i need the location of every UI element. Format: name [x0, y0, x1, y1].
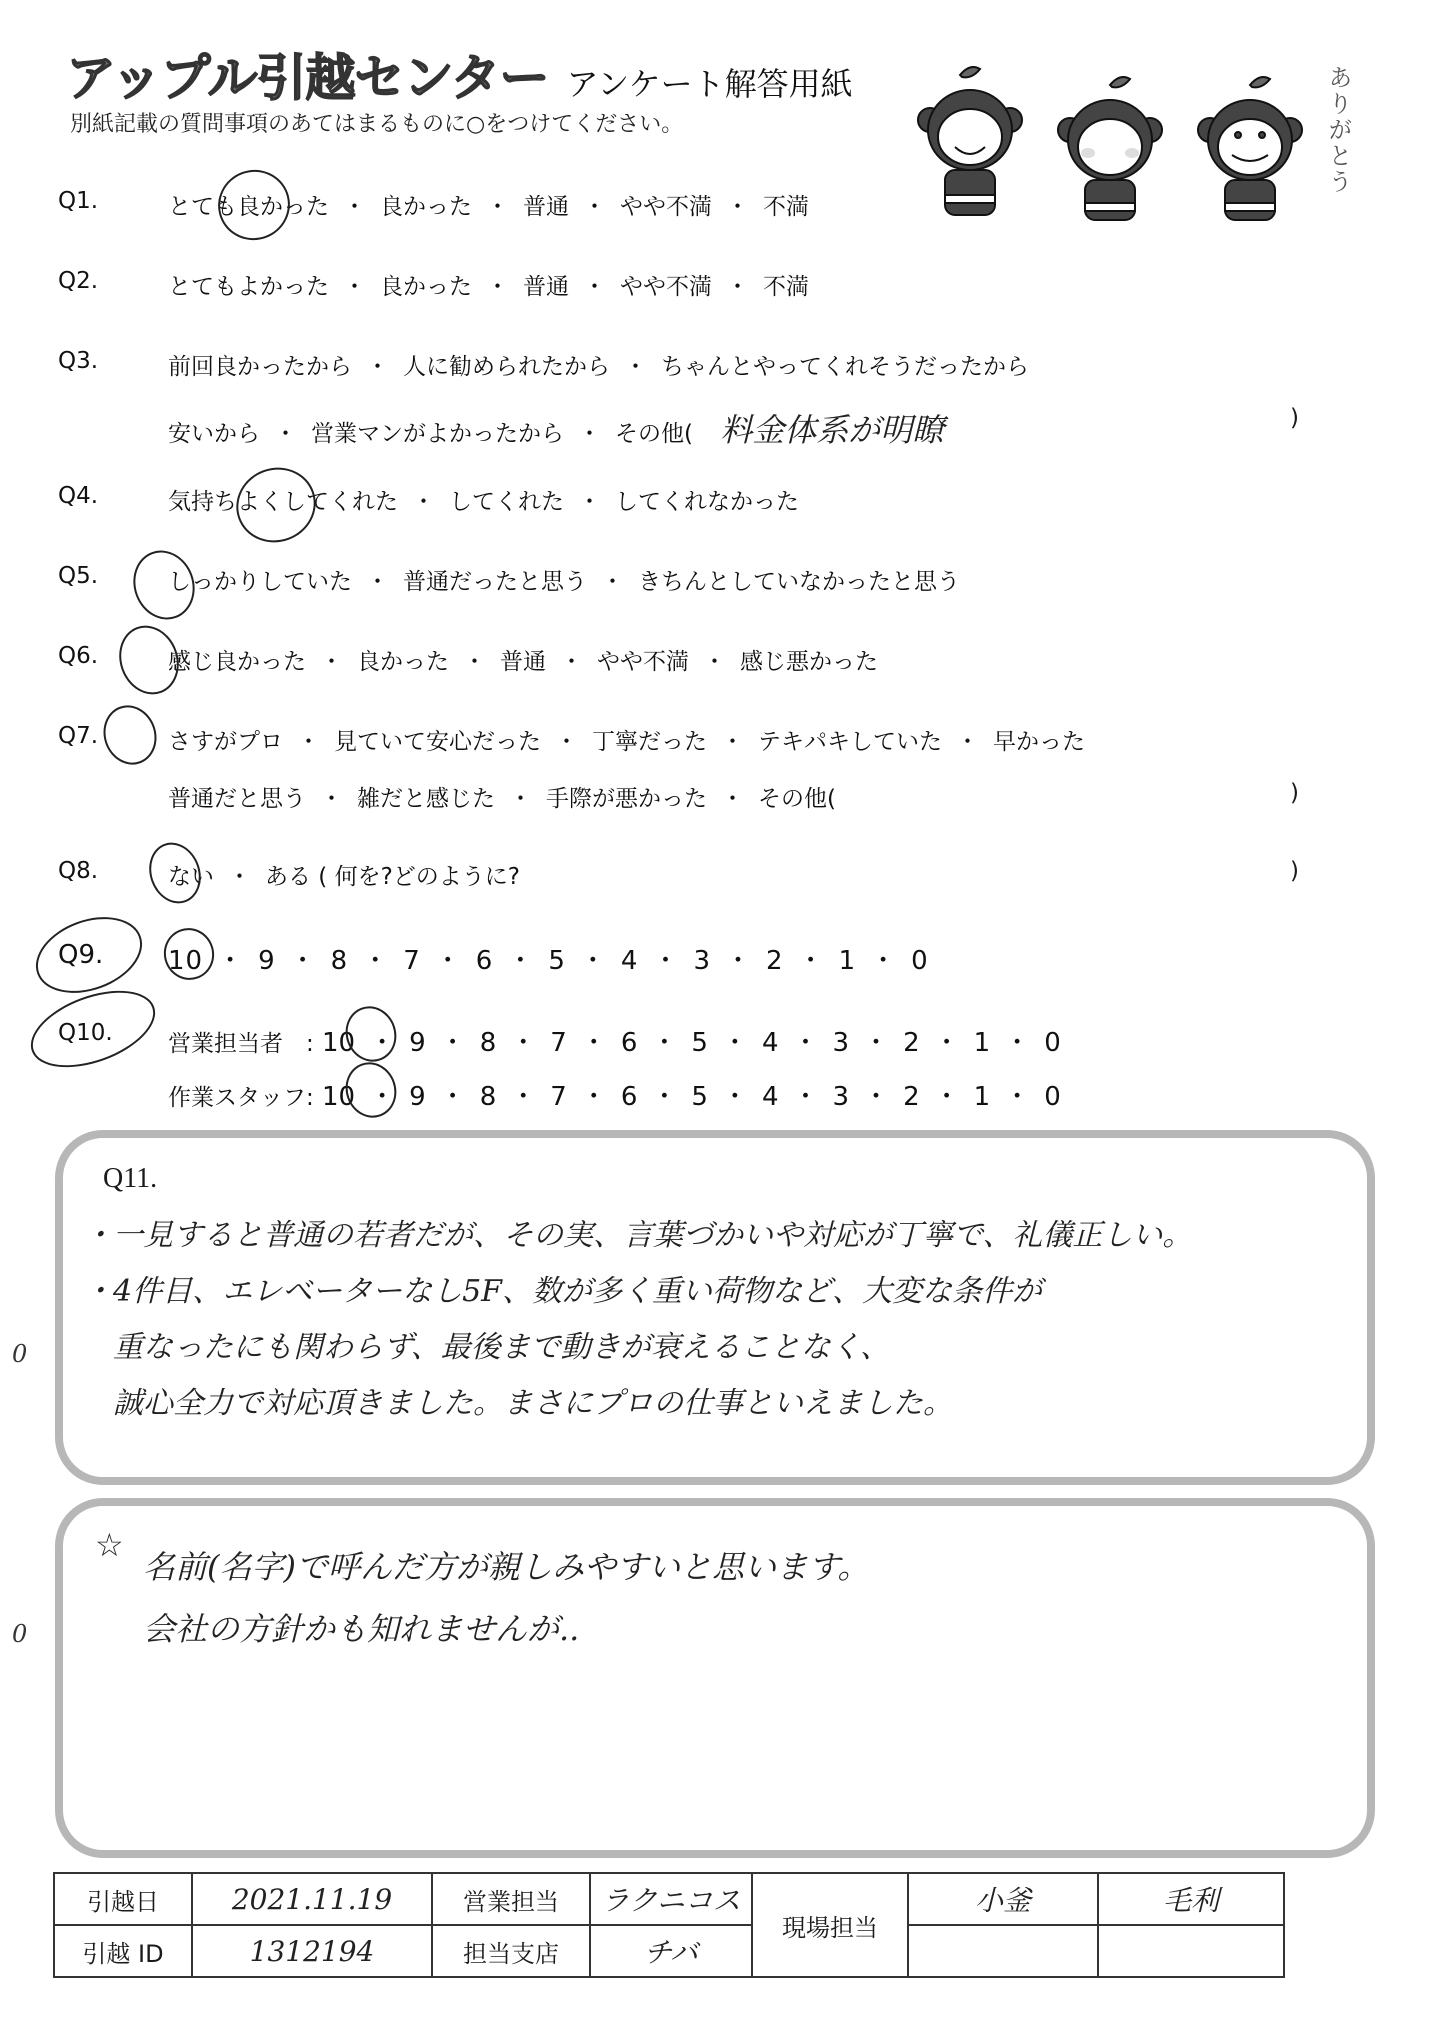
q11-label: Q11.	[103, 1163, 157, 1195]
score-option[interactable]: 7	[550, 1082, 567, 1112]
branch-value[interactable]: チバ	[590, 1925, 752, 1977]
option-list: 感じ良かった・良かった・普通・やや不満・感じ悪かった	[168, 643, 878, 676]
option[interactable]: ない	[168, 864, 214, 890]
star-icon: ☆	[95, 1526, 124, 1564]
answer-line: ・一見すると普通の若者だが、その実、言葉づかいや対応が丁寧で、礼儀正しい。	[83, 1208, 1347, 1264]
score-option[interactable]: 5	[691, 1028, 708, 1058]
option[interactable]: 感じ悪かった	[740, 649, 878, 675]
row-label: 作業スタッフ:	[168, 1085, 314, 1111]
paren-close: )	[1290, 780, 1299, 806]
additional-comment-box[interactable]: ☆ 名前(名字)で呼んだ方が親しみやすいと思います。 会社の方針かも知れませんが…	[55, 1498, 1375, 1858]
score-option[interactable]: 8	[331, 946, 349, 976]
other-label: その他(	[615, 421, 693, 447]
site-staff-label: 現場担当	[752, 1873, 908, 1977]
form-subtitle: アンケート解答用紙	[567, 59, 853, 105]
score-option[interactable]: 6	[621, 1082, 638, 1112]
site-staff-3[interactable]	[908, 1925, 1098, 1977]
score-option[interactable]: 1	[974, 1082, 991, 1112]
option[interactable]: 手際が悪かった	[546, 786, 707, 812]
option[interactable]: 営業マンがよかったから	[311, 421, 564, 447]
score-option[interactable]: 9	[409, 1028, 426, 1058]
sales-rep-value[interactable]: ラクニコス	[590, 1873, 752, 1925]
q11-handwritten-answer: ・一見すると普通の若者だが、その実、言葉づかいや対応が丁寧で、礼儀正しい。 ・4…	[83, 1208, 1347, 1432]
move-id-value[interactable]: 1312194	[192, 1925, 432, 1977]
score-option[interactable]: 0	[1044, 1082, 1061, 1112]
form-title: アップル引越センター アンケート解答用紙	[66, 38, 853, 110]
mascot-illustration	[880, 55, 1340, 225]
site-staff-2[interactable]: 毛利	[1098, 1873, 1284, 1925]
question-number: Q10.	[58, 1020, 158, 1046]
option[interactable]: 前回良かったから	[168, 354, 352, 380]
score-option[interactable]: 2	[903, 1028, 920, 1058]
move-id-label: 引越 ID	[54, 1925, 192, 1977]
monkey-icon	[1198, 77, 1302, 220]
margin-mark: 0	[12, 1620, 27, 1648]
monkey-icon	[1058, 77, 1162, 220]
answer-line: 重なったにも関わらず、最後まで動きが衰えることなく、	[83, 1320, 1347, 1376]
question-number: Q9.	[58, 940, 158, 970]
score-option[interactable]: 8	[480, 1082, 497, 1112]
score-option[interactable]: 5	[691, 1082, 708, 1112]
score-option[interactable]: 7	[550, 1028, 567, 1058]
option[interactable]: 良かった	[380, 194, 472, 220]
option[interactable]: ある ( 何を?どのように?	[265, 864, 520, 890]
option[interactable]: 普通だったと思う	[403, 569, 587, 595]
instruction-text: 別紙記載の質問事項のあてはまるものに○をつけてください。	[70, 107, 683, 138]
q11-comment-box[interactable]: Q11. ・一見すると普通の若者だが、その実、言葉づかいや対応が丁寧で、礼儀正し…	[55, 1130, 1375, 1485]
question-number: Q3.	[58, 348, 158, 374]
score-option[interactable]: 10	[168, 946, 203, 976]
score-option[interactable]: 3	[833, 1082, 850, 1112]
score-option[interactable]: 4	[762, 1082, 779, 1112]
option[interactable]: テキパキしていた	[758, 729, 942, 755]
score-option[interactable]: 4	[762, 1028, 779, 1058]
monkey-icon	[918, 67, 1022, 215]
sales-rep-label: 営業担当	[432, 1873, 590, 1925]
score-option[interactable]: 0	[1044, 1028, 1061, 1058]
score-option[interactable]: 4	[621, 946, 639, 976]
question-number: Q8.	[58, 858, 158, 884]
option-list: とてもよかった・良かった・普通・やや不満・不満	[168, 268, 809, 301]
other-answer[interactable]: 料金体系が明瞭	[720, 411, 944, 449]
branch-label: 担当支店	[432, 1925, 590, 1977]
site-staff-1[interactable]: 小釜	[908, 1873, 1098, 1925]
score-option[interactable]: 8	[480, 1028, 497, 1058]
option[interactable]: やや不満	[620, 274, 712, 300]
option[interactable]: ちゃんとやってくれそうだったから	[661, 354, 1029, 380]
option[interactable]: 普通	[523, 194, 569, 220]
option[interactable]: してくれた	[449, 489, 564, 515]
option-list: ない・ある ( 何を?どのように?	[168, 858, 520, 891]
option-list: 前回良かったから・人に勧められたから・ちゃんとやってくれそうだったから	[168, 348, 1029, 381]
option[interactable]: きちんとしていなかったと思う	[638, 569, 960, 595]
score-option[interactable]: 7	[403, 946, 421, 976]
option[interactable]: 見ていて安心だった	[334, 729, 541, 755]
score-option[interactable]: 5	[548, 946, 566, 976]
option[interactable]: 感じ良かった	[168, 649, 306, 675]
score-option[interactable]: 6	[621, 1028, 638, 1058]
score-option[interactable]: 2	[766, 946, 784, 976]
score-option[interactable]: 10	[322, 1082, 355, 1112]
other-label: その他(	[758, 786, 836, 812]
score-option[interactable]: 9	[258, 946, 276, 976]
score-option[interactable]: 10	[322, 1028, 355, 1058]
score-option[interactable]: 0	[911, 946, 929, 976]
option[interactable]: 良かった	[357, 649, 449, 675]
option[interactable]: 普通だと思う	[168, 786, 306, 812]
score-option[interactable]: 2	[903, 1082, 920, 1112]
answer-line: ・4件目、エレベーターなし5F、数が多く重い荷物など、大変な条件が	[83, 1264, 1347, 1320]
score-option[interactable]: 3	[833, 1028, 850, 1058]
option-list: さすがプロ・見ていて安心だった・丁寧だった・テキパキしていた・早かった	[168, 723, 1085, 756]
option-list: しっかりしていた・普通だったと思う・きちんとしていなかったと思う	[168, 563, 960, 596]
option[interactable]: とてもよかった	[168, 274, 329, 300]
additional-handwritten-comment: 名前(名字)で呼んだ方が親しみやすいと思います。 会社の方針かも知れませんが..	[143, 1536, 1347, 1660]
brand-name: アップル引越センター	[66, 38, 549, 110]
option[interactable]: やや不満	[620, 194, 712, 220]
row-label: 営業担当者 :	[168, 1031, 314, 1057]
question-number: Q4.	[58, 483, 158, 509]
option[interactable]: してくれなかった	[615, 489, 799, 515]
option-list: 普通だと思う・雑だと感じた・手際が悪かった・その他(	[168, 780, 836, 813]
question-number: Q5.	[58, 563, 158, 589]
mascot-caption: ありがとう	[1316, 65, 1356, 195]
score-option[interactable]: 1	[974, 1028, 991, 1058]
score-option[interactable]: 1	[839, 946, 857, 976]
score-scale: 営業担当者 : 10・9・8・7・6・5・4・3・2・1・0	[168, 1022, 1061, 1059]
option[interactable]: 普通	[523, 274, 569, 300]
option[interactable]: 不満	[763, 194, 809, 220]
score-option[interactable]: 3	[693, 946, 711, 976]
option[interactable]: 普通	[500, 649, 546, 675]
score-scale: 作業スタッフ: 10・9・8・7・6・5・4・3・2・1・0	[168, 1076, 1061, 1113]
option[interactable]: 良かった	[380, 274, 472, 300]
option[interactable]: 雑だと感じた	[357, 786, 495, 812]
option[interactable]: 早かった	[993, 729, 1085, 755]
paren-close: )	[1290, 405, 1299, 431]
score-option[interactable]: 9	[409, 1082, 426, 1112]
site-staff-4[interactable]	[1098, 1925, 1284, 1977]
option[interactable]: 不満	[763, 274, 809, 300]
option[interactable]: しっかりしていた	[168, 569, 352, 595]
option-list: 気持ちよくしてくれた・してくれた・してくれなかった	[168, 483, 799, 516]
option[interactable]: 人に勧められたから	[403, 354, 610, 380]
option[interactable]: さすがプロ	[168, 729, 283, 755]
option-list: 安いから・営業マンがよかったから・その他( 料金体系が明瞭	[168, 405, 944, 451]
margin-mark: 0	[12, 1340, 27, 1368]
move-date-value[interactable]: 2021.11.19	[192, 1873, 432, 1925]
option-list: とても良かった・良かった・普通・やや不満・不満	[168, 188, 809, 221]
comment-line: 会社の方針かも知れませんが..	[143, 1598, 1347, 1660]
option[interactable]: とても良かった	[168, 194, 329, 220]
question-number: Q1.	[58, 188, 158, 214]
move-date-label: 引越日	[54, 1873, 192, 1925]
option[interactable]: やや不満	[597, 649, 689, 675]
option[interactable]: 安いから	[168, 421, 260, 447]
option[interactable]: 丁寧だった	[592, 729, 707, 755]
move-info-table: 引越日 2021.11.19 営業担当 ラクニコス 現場担当 小釜 毛利 引越 …	[53, 1872, 1285, 1978]
question-number: Q6.	[58, 643, 158, 669]
option[interactable]: 気持ちよくしてくれた	[168, 489, 398, 515]
score-scale: 10・9・8・7・6・5・4・3・2・1・0	[168, 940, 929, 977]
comment-line: 名前(名字)で呼んだ方が親しみやすいと思います。	[143, 1536, 1347, 1598]
answer-line: 誠心全力で対応頂きました。まさにプロの仕事といえました。	[83, 1376, 1347, 1432]
score-option[interactable]: 6	[476, 946, 494, 976]
question-number: Q7.	[58, 723, 158, 749]
question-number: Q2.	[58, 268, 158, 294]
paren-close: )	[1290, 858, 1299, 884]
